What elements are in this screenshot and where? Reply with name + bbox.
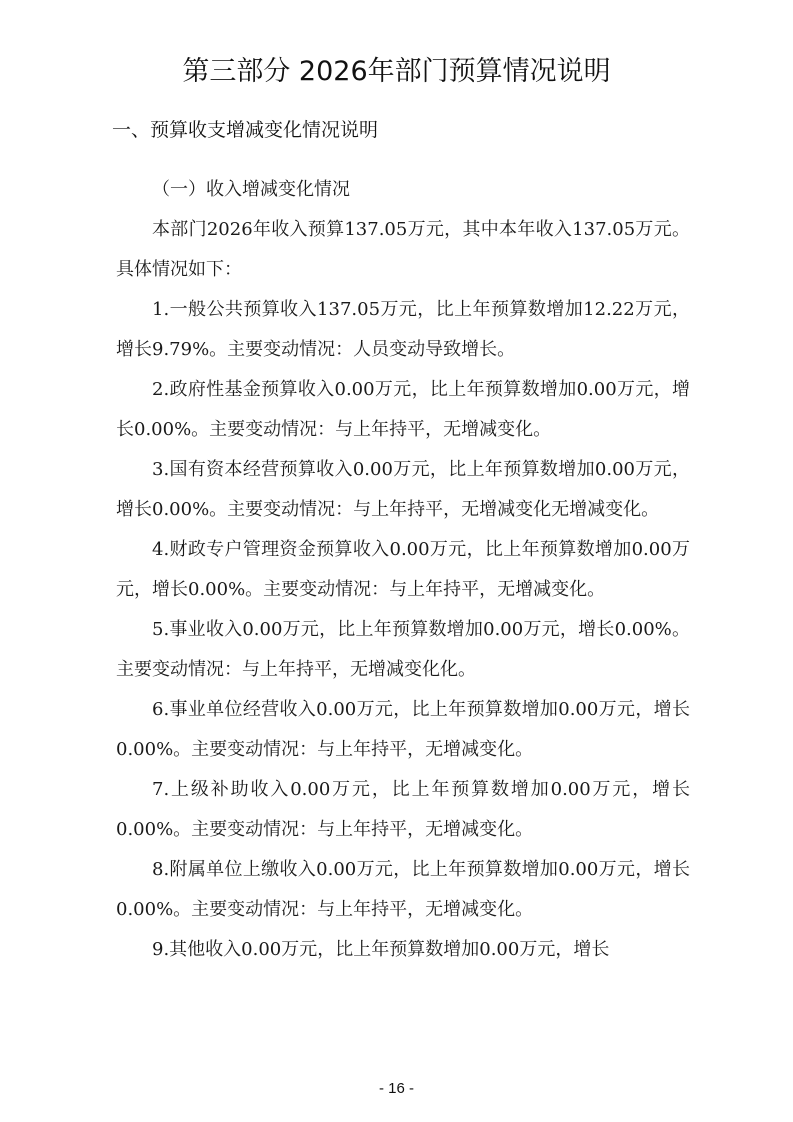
income-item: 3.国有资本经营预算收入0.00万元，比上年预算数增加0.00万元，增长0.00…: [116, 450, 690, 530]
section-heading: 一、预算收支增减变化情况说明: [112, 112, 378, 148]
income-item: 7.上级补助收入0.00万元，比上年预算数增加0.00万元，增长0.00%。主要…: [116, 770, 690, 850]
income-item: 6.事业单位经营收入0.00万元，比上年预算数增加0.00万元，增长0.00%。…: [116, 690, 690, 770]
intro-paragraph: 本部门2026年收入预算137.05万元，其中本年收入137.05万元。具体情况…: [116, 210, 690, 290]
income-item: 5.事业收入0.00万元，比上年预算数增加0.00万元，增长0.00%。主要变动…: [116, 610, 690, 690]
page-title: 第三部分 2026年部门预算情况说明: [0, 52, 793, 92]
income-item: 2.政府性基金预算收入0.00万元，比上年预算数增加0.00万元，增长0.00%…: [116, 370, 690, 450]
income-item: 9.其他收入0.00万元，比上年预算数增加0.00万元，增长: [116, 930, 690, 970]
income-item: 1.一般公共预算收入137.05万元，比上年预算数增加12.22万元，增长9.7…: [116, 290, 690, 370]
body-text: （一）收入增减变化情况 本部门2026年收入预算137.05万元，其中本年收入1…: [116, 170, 690, 970]
income-item: 8.附属单位上缴收入0.00万元，比上年预算数增加0.00万元，增长0.00%。…: [116, 850, 690, 930]
page-number: - 16 -: [0, 1080, 793, 1097]
subsection-heading: （一）收入增减变化情况: [116, 170, 690, 210]
income-item: 4.财政专户管理资金预算收入0.00万元，比上年预算数增加0.00万元，增长0.…: [116, 530, 690, 610]
